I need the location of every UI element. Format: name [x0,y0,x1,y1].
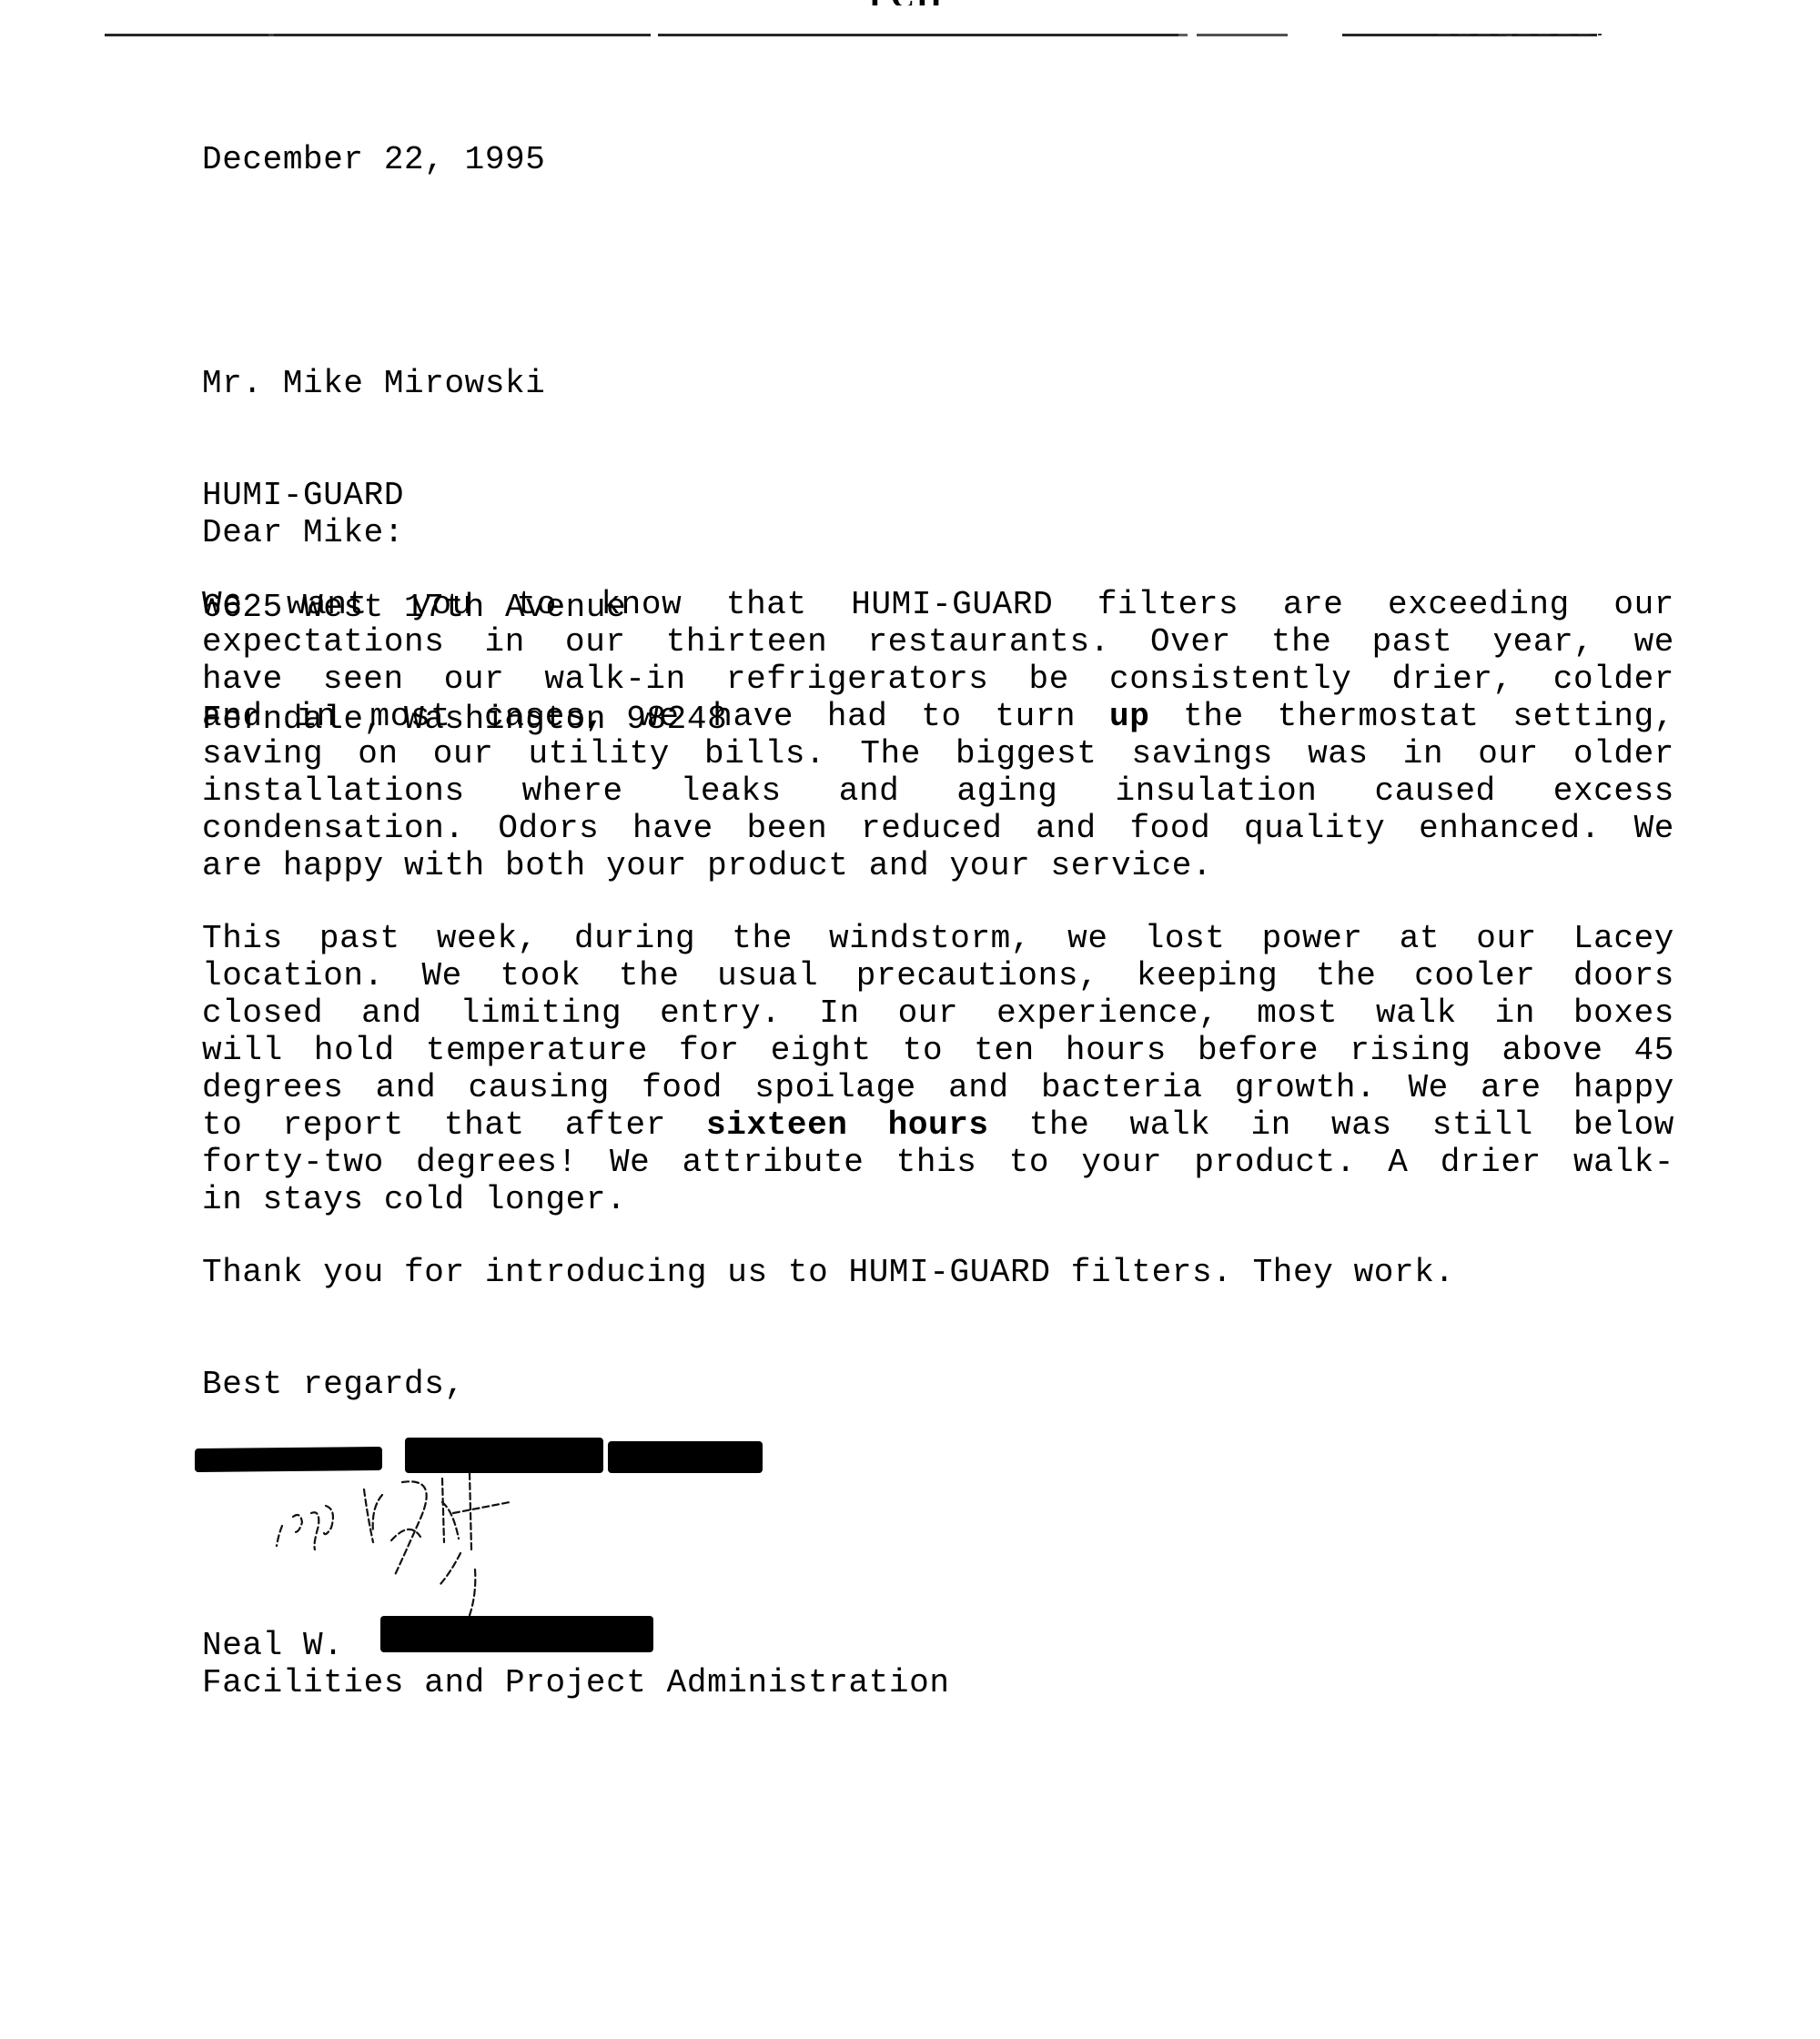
paragraph-line: will hold temperature for eight to ten h… [202,1032,1674,1069]
letter-page: PCH December 22, 1995 Mr. Mike Mirowski … [0,0,1820,2039]
paragraph-line: location. We took the usual precautions,… [202,957,1674,994]
paragraph-line: closed and limiting entry. In our experi… [202,994,1674,1032]
paragraph-line: installations where leaks and aging insu… [202,772,1674,810]
redaction-bar [405,1438,603,1473]
paragraph-line: degrees and causing food spoilage and ba… [202,1069,1674,1106]
letter-date: December 22, 1995 [202,141,545,178]
body-paragraph-2: This past week, during the windstorm, we… [202,920,1674,1218]
paragraph-line: and in most cases, we have had to turn u… [202,698,1674,735]
redaction-bar [195,1447,382,1472]
recipient-name: Mr. Mike Mirowski [202,365,727,402]
paragraph-line: in stays cold longer. [202,1181,1674,1218]
body-paragraph-3: Thank you for introducing us to HUMI-GUA… [202,1254,1674,1291]
paragraph-line: Thank you for introducing us to HUMI-GUA… [202,1254,1674,1291]
body-paragraph-1: We want you to know that HUMI-GUARD filt… [202,586,1674,884]
recipient-company: HUMI-GUARD [202,477,727,514]
letterhead-fragment: PCH [869,0,987,5]
redaction-bar [608,1441,763,1473]
paragraph-line: have seen our walk-in refrigerators be c… [202,661,1674,698]
handwritten-signature [237,1469,710,1633]
salutation: Dear Mike: [202,514,404,551]
signer-name: Neal W. [202,1627,343,1664]
paragraph-line: This past week, during the windstorm, we… [202,920,1674,957]
closing: Best regards, [202,1366,465,1403]
redaction-bar [380,1616,653,1652]
emphasized-text: up [1109,698,1149,735]
paragraph-line: We want you to know that HUMI-GUARD filt… [202,586,1674,623]
signer-title: Facilities and Project Administration [202,1664,950,1701]
paragraph-line: expectations in our thirteen restaurants… [202,623,1674,661]
paragraph-line: condensation. Odors have been reduced an… [202,810,1674,847]
paragraph-line: forty-two degrees! We attribute this to … [202,1144,1674,1181]
emphasized-text: sixteen hours [706,1106,989,1144]
paragraph-line: to report that after sixteen hours the w… [202,1106,1674,1144]
paragraph-line: are happy with both your product and you… [202,847,1674,884]
letterhead-rule-dashed [1438,34,1602,35]
paragraph-line: saving on our utility bills. The biggest… [202,735,1674,772]
letterhead-rule [105,34,1597,36]
